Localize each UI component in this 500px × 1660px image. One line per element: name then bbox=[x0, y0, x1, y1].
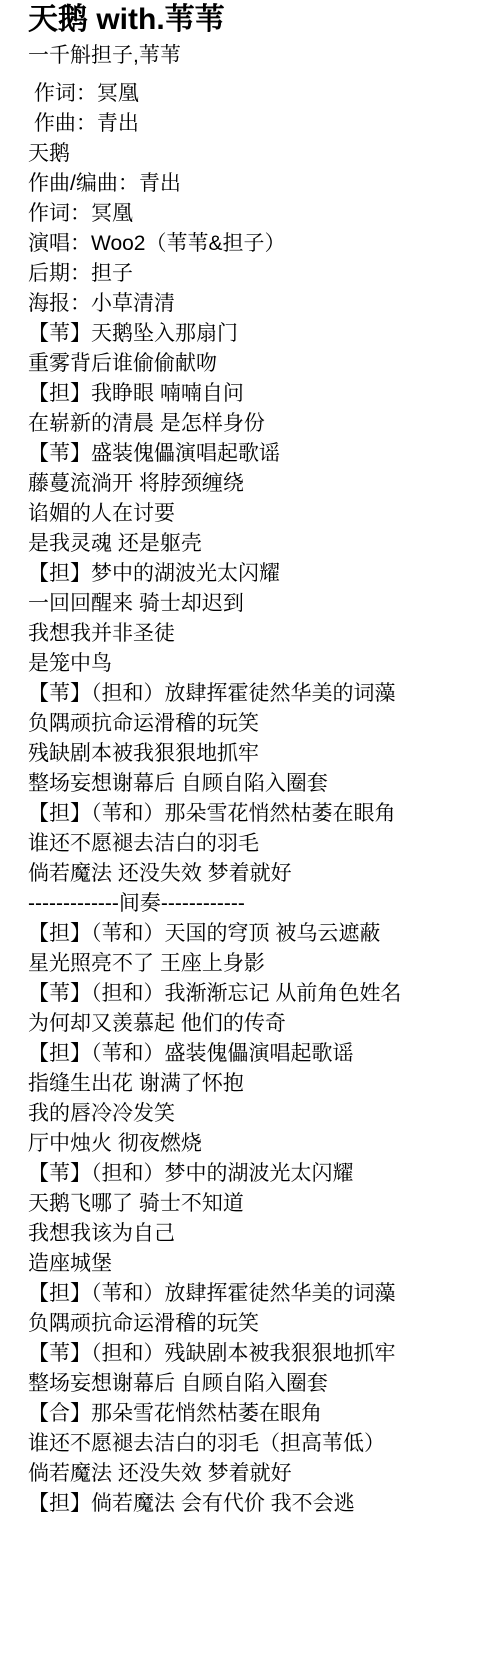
lyric-line: 【担】（苇和）盛装傀儡演唱起歌谣 bbox=[28, 1039, 484, 1069]
song-title: 天鹅 with.苇苇 bbox=[28, 1, 484, 39]
lyric-line: 天鹅飞哪了 骑士不知道 bbox=[28, 1189, 484, 1219]
lyric-line: 是我灵魂 还是躯壳 bbox=[28, 529, 484, 559]
song-subtitle: 一千斛担子,苇苇 bbox=[28, 41, 484, 71]
lyric-line: 谁还不愿褪去洁白的羽毛 bbox=[28, 829, 484, 859]
lyric-line: 作曲：青出 bbox=[28, 109, 484, 139]
lyric-line: 我的唇冷冷发笑 bbox=[28, 1099, 484, 1129]
lyric-line: 谄媚的人在讨要 bbox=[28, 499, 484, 529]
lyric-line: 作曲/编曲：青出 bbox=[28, 169, 484, 199]
lyric-line: 我想我并非圣徒 bbox=[28, 619, 484, 649]
lyric-line: 倘若魔法 还没失效 梦着就好 bbox=[28, 859, 484, 889]
lyric-line: 【苇】（担和）放肆挥霍徒然华美的词藻 bbox=[28, 679, 484, 709]
lyric-line: 是笼中鸟 bbox=[28, 649, 484, 679]
lyric-line: 我想我该为自己 bbox=[28, 1219, 484, 1249]
lyric-line: 谁还不愿褪去洁白的羽毛（担高苇低） bbox=[28, 1429, 484, 1459]
lyric-line: 作词：冥凰 bbox=[28, 199, 484, 229]
lyric-line: 【苇】（担和）残缺剧本被我狠狠地抓牢 bbox=[28, 1339, 484, 1369]
lyric-line: 一回回醒来 骑士却迟到 bbox=[28, 589, 484, 619]
lyric-line: 【苇】（担和）梦中的湖波光太闪耀 bbox=[28, 1159, 484, 1189]
lyric-line: 【担】梦中的湖波光太闪耀 bbox=[28, 559, 484, 589]
lyric-line: 倘若魔法 还没失效 梦着就好 bbox=[28, 1459, 484, 1489]
lyrics-page: 天鹅 with.苇苇 一千斛担子,苇苇 作词：冥凰 作曲：青出天鹅作曲/编曲：青… bbox=[0, 0, 500, 1660]
lyric-line: 指缝生出花 谢满了怀抱 bbox=[28, 1069, 484, 1099]
lyric-line: 【苇】盛装傀儡演唱起歌谣 bbox=[28, 439, 484, 469]
lyric-line: 在崭新的清晨 是怎样身份 bbox=[28, 409, 484, 439]
lyric-line: 【担】（苇和）天国的穹顶 被乌云遮蔽 bbox=[28, 919, 484, 949]
lyric-line: 【担】倘若魔法 会有代价 我不会逃 bbox=[28, 1489, 484, 1519]
lyric-line: 作词：冥凰 bbox=[28, 79, 484, 109]
lyric-line: 星光照亮不了 王座上身影 bbox=[28, 949, 484, 979]
lyric-line: 为何却又羡慕起 他们的传奇 bbox=[28, 1009, 484, 1039]
lyric-line: 【苇】天鹅坠入那扇门 bbox=[28, 319, 484, 349]
lyric-line: 残缺剧本被我狠狠地抓牢 bbox=[28, 739, 484, 769]
lyric-line: 【担】（苇和）放肆挥霍徒然华美的词藻 bbox=[28, 1279, 484, 1309]
lyric-line: 负隅顽抗命运滑稽的玩笑 bbox=[28, 709, 484, 739]
lyric-line: 厅中烛火 彻夜燃烧 bbox=[28, 1129, 484, 1159]
lyric-line: 演唱：Woo2（苇苇&担子） bbox=[28, 229, 484, 259]
lyric-line: 海报：小草清清 bbox=[28, 289, 484, 319]
lyric-line: 造座城堡 bbox=[28, 1249, 484, 1279]
lyric-line: 负隅顽抗命运滑稽的玩笑 bbox=[28, 1309, 484, 1339]
lyric-line: -------------间奏------------ bbox=[28, 889, 484, 919]
lyric-line: 【担】我睁眼 喃喃自问 bbox=[28, 379, 484, 409]
lyric-line: 【担】（苇和）那朵雪花悄然枯萎在眼角 bbox=[28, 799, 484, 829]
lyric-line: 天鹅 bbox=[28, 139, 484, 169]
lyric-line: 【合】那朵雪花悄然枯萎在眼角 bbox=[28, 1399, 484, 1429]
lyric-line: 后期：担子 bbox=[28, 259, 484, 289]
lyric-line: 整场妄想谢幕后 自顾自陷入圈套 bbox=[28, 769, 484, 799]
lyrics-body: 作词：冥凰 作曲：青出天鹅作曲/编曲：青出作词：冥凰演唱：Woo2（苇苇&担子）… bbox=[28, 79, 484, 1519]
lyric-line: 藤蔓流淌开 将脖颈缠绕 bbox=[28, 469, 484, 499]
lyric-line: 【苇】（担和）我渐渐忘记 从前角色姓名 bbox=[28, 979, 484, 1009]
lyric-line: 整场妄想谢幕后 自顾自陷入圈套 bbox=[28, 1369, 484, 1399]
lyric-line: 重雾背后谁偷偷献吻 bbox=[28, 349, 484, 379]
